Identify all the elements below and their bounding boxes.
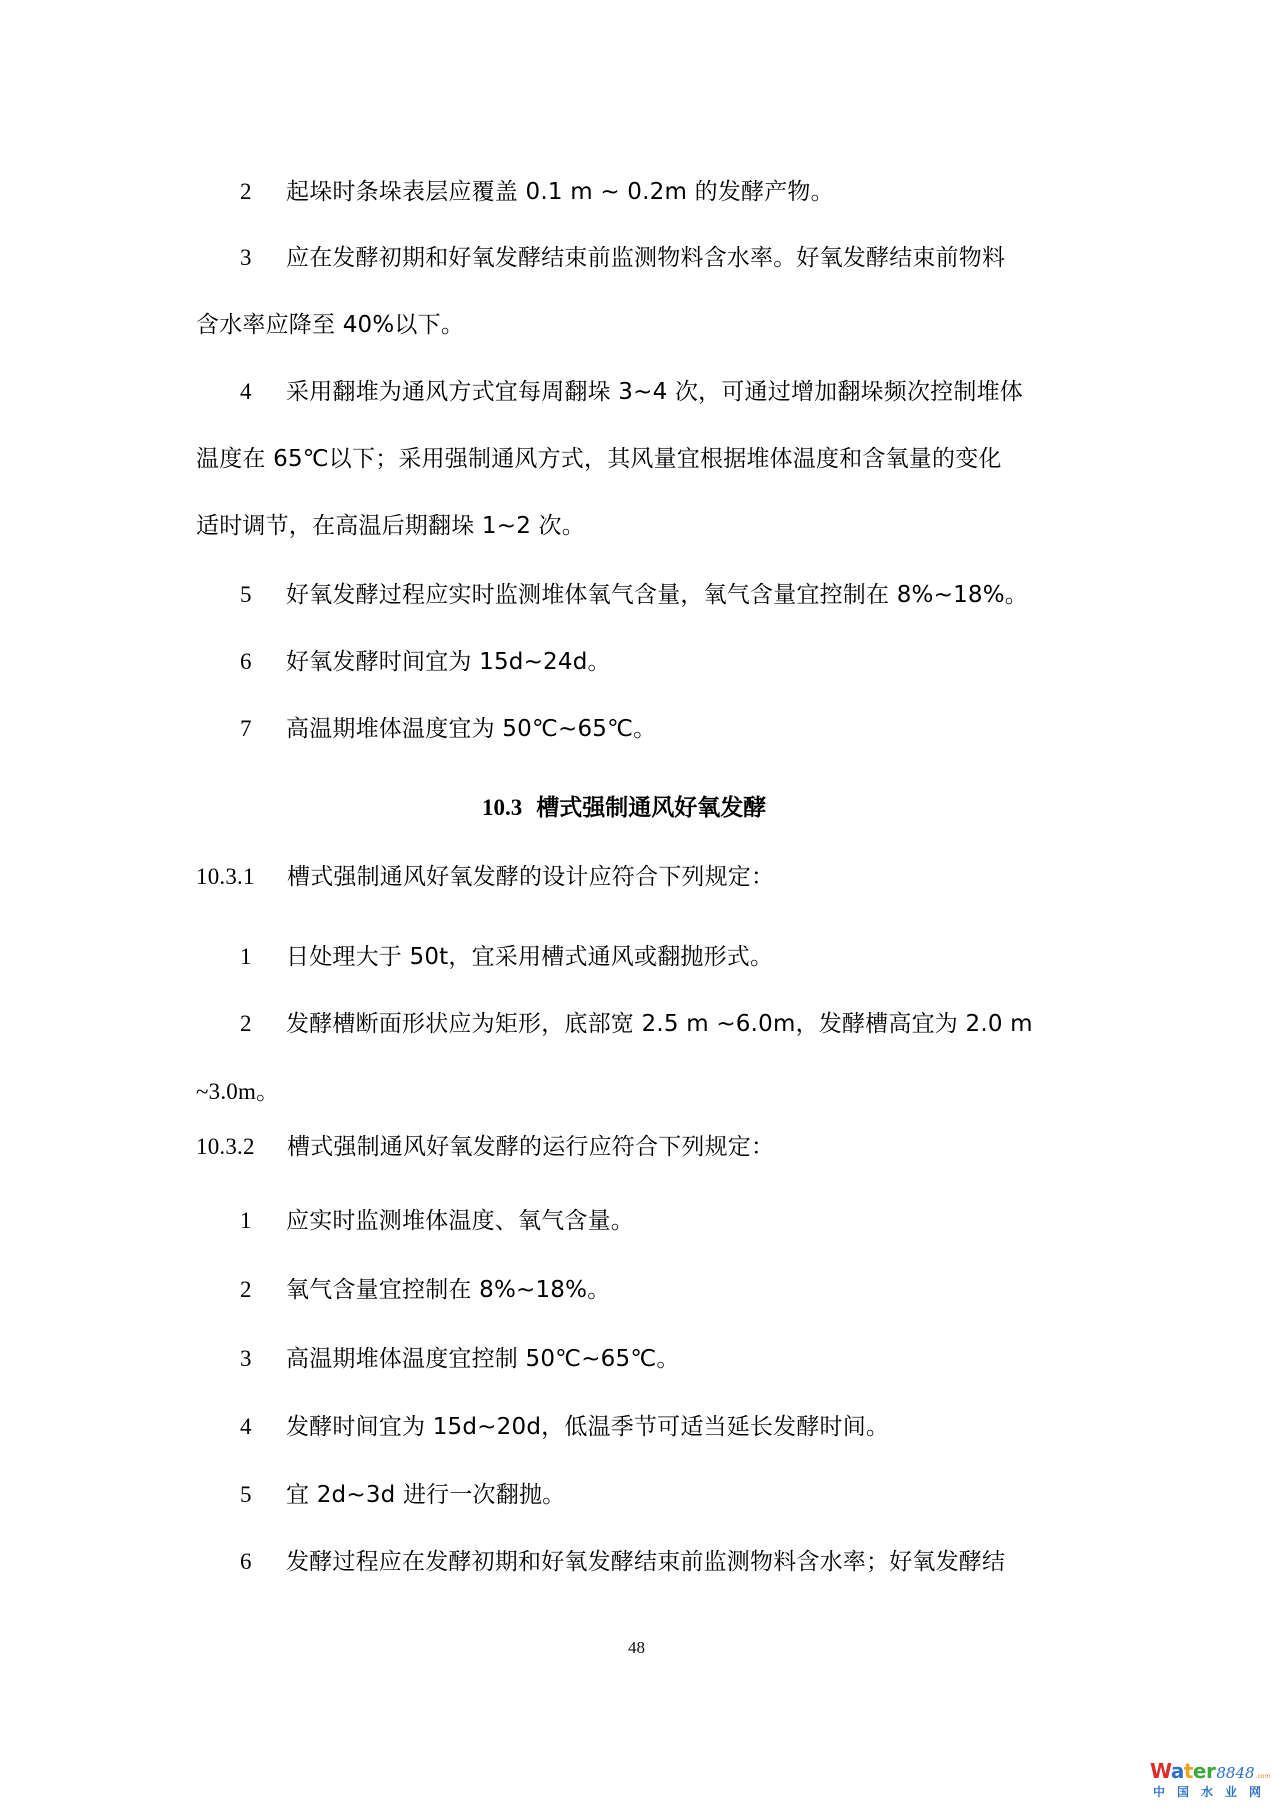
item-number: 1 [240,941,252,973]
item-text: 好氧发酵时间宜为 15d~24d。 [286,646,611,678]
item-text: 氧气含量宜控制在 8%~18%。 [286,1274,610,1306]
item-text: 高温期堆体温度宜控制 50℃~65℃。 [286,1343,680,1375]
item-number: 2 [240,176,252,208]
item-text: 含水率应降至 40%以下。 [196,309,464,341]
item-text: 应在发酵初期和好氧发酵结束前监测物料含水率。好氧发酵结束前物料 [286,242,1005,274]
item-number: 3 [240,1343,252,1375]
document-page: 2 起垛时条垛表层应覆盖 0.1 m ~ 0.2m 的发酵产物。 3 应在发酵初… [0,0,1280,1810]
watermark-water-text: Water [1150,1759,1215,1783]
item-number: 5 [240,579,252,611]
item-text: 发酵时间宜为 15d~20d，低温季节可适当延长发酵时间。 [286,1411,889,1443]
item-text: 起垛时条垛表层应覆盖 0.1 m ~ 0.2m 的发酵产物。 [286,176,834,208]
item-number: 2 [240,1008,252,1040]
item-text: 采用翻堆为通风方式宜每周翻垛 3~4 次，可通过增加翻垛频次控制堆体 [286,376,1023,408]
section-number: 10.3 [482,795,522,820]
item-text: 温度在 65℃以下；采用强制通风方式，其风量宜根据堆体温度和含氧量的变化 [196,443,1002,475]
clause-number: 10.3.2 [196,1131,255,1163]
item-number: 7 [240,713,252,745]
item-text: 发酵过程应在发酵初期和好氧发酵结束前监测物料含水率；好氧发酵结 [286,1546,1005,1578]
watermark-subtitle: 中国水业网 [1153,1784,1273,1800]
item-text: 应实时监测堆体温度、氧气含量。 [286,1205,634,1237]
item-number: 5 [240,1479,252,1511]
watermark-domain-suffix: .com [1256,1773,1271,1780]
watermark-letter: r [1206,1759,1215,1783]
page-number: 48 [628,1636,645,1660]
item-number: 6 [240,646,252,678]
watermark-wordmark: Water8848.com [1150,1760,1270,1782]
watermark-letter: a [1171,1759,1184,1783]
clause-number: 10.3.1 [196,861,255,893]
item-text: 宜 2d~3d 进行一次翻抛。 [286,1479,565,1511]
item-text: 适时调节，在高温后期翻垛 1~2 次。 [196,510,585,542]
item-text: 日处理大于 50t，宜采用槽式通风或翻抛形式。 [286,941,773,973]
watermark-number: 8848 [1216,1764,1254,1782]
item-text: 好氧发酵过程应实时监测堆体氧气含量，氧气含量宜控制在 8%~18%。 [286,579,1028,611]
watermark-logo: Water8848.com 中国水业网 [1150,1760,1275,1804]
item-number: 6 [240,1546,252,1578]
item-number: 2 [240,1274,252,1306]
item-number: 3 [240,242,252,274]
item-text: 发酵槽断面形状应为矩形，底部宽 2.5 m ~6.0m，发酵槽高宜为 2.0 m [286,1008,1033,1040]
item-number: 4 [240,376,252,408]
watermark-letter: e [1193,1759,1206,1783]
section-title: 槽式强制通风好氧发酵 [536,795,766,821]
item-number: 4 [240,1411,252,1443]
watermark-letter: W [1150,1759,1171,1783]
item-text: ~3.0m。 [196,1076,279,1108]
section-heading: 10.3槽式强制通风好氧发酵 [482,791,766,825]
clause-text: 槽式强制通风好氧发酵的运行应符合下列规定： [287,1131,774,1163]
watermark-letter: t [1184,1759,1193,1783]
item-text: 高温期堆体温度宜为 50℃~65℃。 [286,713,656,745]
item-number: 1 [240,1205,252,1237]
clause-text: 槽式强制通风好氧发酵的设计应符合下列规定： [287,861,774,893]
